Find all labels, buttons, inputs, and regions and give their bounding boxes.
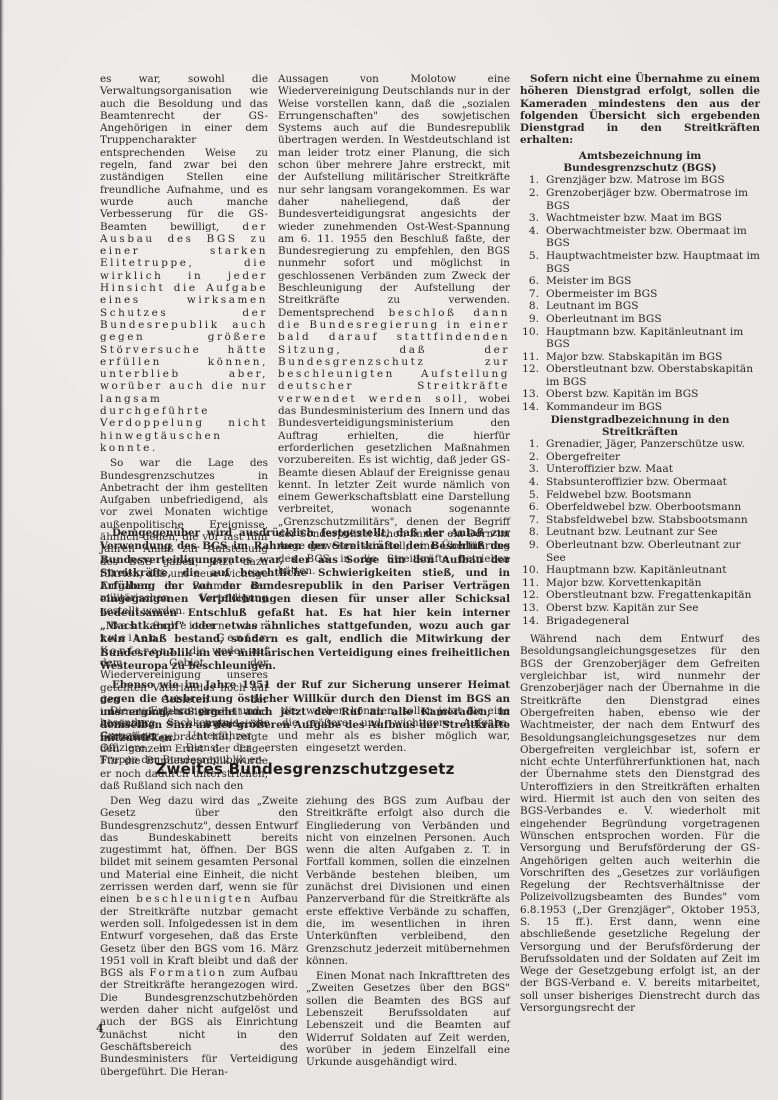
rank-number: 14. [520, 401, 539, 414]
rank-number: 1. [520, 174, 539, 187]
army-rank-heading: Dienstgradbezeichnung in den Streitkräft… [520, 414, 760, 439]
rank-label: Wachtmeister bzw. Maat im BGS [546, 212, 722, 224]
rank-label: Hauptmann bzw. Kapitänleutnant im BGS [546, 326, 743, 351]
spaced-emphasis: Formation [149, 967, 227, 979]
rank-list-item: 8.Leutnant im BGS [520, 300, 760, 313]
paragraph: ziehung des BGS zum Aufbau der Streitkrä… [306, 795, 510, 967]
rank-number: 4. [520, 225, 539, 238]
rank-list-item: 6.Meister im BGS [520, 275, 760, 288]
rank-number: 12. [520, 589, 539, 602]
rank-number: 9. [520, 539, 539, 552]
text-run: zum Aufbau der Streitkräfte herangezogen… [100, 967, 298, 1077]
rank-label: Stabsunteroffizier bzw. Obermaat [546, 476, 727, 488]
rank-label: Feldwebel bzw. Bootsmann [546, 489, 692, 501]
rank-list-item: 9.Oberleutnant im BGS [520, 313, 760, 326]
rank-list-item: 1.Grenadier, Jäger, Panzerschütze usw. [520, 438, 760, 451]
rank-list-item: 4.Stabsunteroffizier bzw. Obermaat [520, 476, 760, 489]
rank-label: Oberstleutnant bzw. Oberstabskapitän im … [546, 363, 753, 388]
paragraph: Während nach dem Entwurf des Besoldungsa… [520, 633, 760, 1014]
rank-list-item: 13.Oberst bzw. Kapitän im BGS [520, 388, 760, 401]
text-run: es war, sowohl die Verwaltungsorganisati… [100, 73, 268, 233]
column-left-mid: Die Erfahrungen und die besondere Sachke… [100, 705, 298, 766]
rank-label: Hauptwachtmeister bzw. Hauptmaat im BGS [546, 250, 760, 275]
document-page: es war, sowohl die Verwaltungsorganisati… [0, 0, 778, 1100]
rank-label: Oberfeldwebel bzw. Oberbootsmann [546, 501, 741, 513]
rank-number: 14. [520, 615, 539, 628]
rank-number: 7. [520, 288, 539, 301]
rank-number: 8. [520, 526, 539, 539]
rank-number: 2. [520, 187, 539, 200]
rank-list-item: 12.Oberstleutnant bzw. Oberstabskapitän … [520, 363, 760, 388]
rank-label: Major bzw. Stabskapitän im BGS [546, 351, 722, 363]
rank-list-item: 2.Grenzoberjäger bzw. Obermatrose im BGS [520, 187, 760, 212]
rank-label: Leutnant im BGS [546, 300, 638, 312]
bold-paragraph: Demgegenüber wird ausdrücklich festgeste… [100, 527, 510, 673]
column-left-bottom: Den Weg dazu wird das „Zweite Gesetz übe… [100, 795, 298, 1078]
rank-number: 3. [520, 463, 539, 476]
rank-number: 8. [520, 300, 539, 313]
rank-label: Grenzjäger bzw. Matrose im BGS [546, 174, 725, 186]
rank-label: Leutnant bzw. Leutnant zur See [546, 526, 717, 538]
paragraph: Den Weg dazu wird das „Zweite Gesetz übe… [100, 795, 298, 1078]
rank-list-item: 7.Obermeister im BGS [520, 288, 760, 301]
bgs-rank-list: 1.Grenzjäger bzw. Matrose im BGS2.Grenzo… [520, 174, 760, 413]
rank-label: Oberst bzw. Kapitän zur See [546, 602, 699, 614]
paragraph: werben konnten, sollen jetzt für eine gr… [306, 705, 510, 754]
rank-label: Stabsfeldwebel bzw. Stabsbootsmann [546, 514, 748, 526]
rank-list-item: 12.Oberstleutnant bzw. Fregattenkapitän [520, 589, 760, 602]
rank-number: 4. [520, 476, 539, 489]
rank-list-item: 14.Brigadegeneral [520, 615, 760, 628]
rank-intro: Sofern nicht eine Übernahme zu einem höh… [520, 73, 760, 147]
column-right: Sofern nicht eine Übernahme zu einem höh… [520, 73, 760, 1014]
rank-number: 6. [520, 275, 539, 288]
rank-number: 11. [520, 577, 539, 590]
rank-list-item: 8.Leutnant bzw. Leutnant zur See [520, 526, 760, 539]
spaced-emphasis: der Ausbau des BGS zu einer starken Elit… [100, 221, 268, 454]
rank-label: Grenzoberjäger bzw. Obermatrose im BGS [546, 187, 748, 212]
rank-list-item: 11.Major bzw. Korvettenkapitän [520, 577, 760, 590]
rank-list-item: 5.Hauptwachtmeister bzw. Hauptmaat im BG… [520, 250, 760, 275]
rank-label: Meister im BGS [546, 275, 631, 287]
rank-label: Oberstleutnant bzw. Fregattenkapitän [546, 589, 751, 601]
rank-label: Oberleutnant im BGS [546, 313, 662, 325]
rank-list-item: 3.Wachtmeister bzw. Maat im BGS [520, 212, 760, 225]
rank-label: Grenadier, Jäger, Panzerschütze usw. [546, 438, 745, 450]
rank-label: Oberst bzw. Kapitän im BGS [546, 388, 698, 400]
text-run: Den Weg dazu wird das „Zweite Gesetz übe… [100, 795, 298, 905]
paragraph-continued: es war, sowohl die Verwaltungsorganisati… [100, 73, 268, 454]
page-number: 4 [96, 1022, 104, 1035]
paragraph: Die Erfahrungen und die besondere Sachke… [100, 705, 298, 766]
section-heading: Zweites Bundesgrenzschutzgesetz [100, 760, 510, 778]
rank-list-item: 9.Oberleutnant bzw. Oberleutnant zur See [520, 539, 760, 564]
rank-number: 5. [520, 250, 539, 263]
rank-label: Hauptmann bzw. Kapitänleutnant [546, 564, 726, 576]
rank-label: Major bzw. Korvettenkapitän [546, 577, 701, 589]
rank-number: 7. [520, 514, 539, 527]
rank-number: 13. [520, 602, 539, 615]
scan-edge-shadow [0, 0, 4, 1100]
rank-list-item: 7.Stabsfeldwebel bzw. Stabsbootsmann [520, 514, 760, 527]
army-rank-list: 1.Grenadier, Jäger, Panzerschütze usw.2.… [520, 438, 760, 627]
rank-list-item: 3.Unteroffizier bzw. Maat [520, 463, 760, 476]
rank-number: 11. [520, 351, 539, 364]
rank-list-item: 11.Major bzw. Stabskapitän im BGS [520, 351, 760, 364]
text-run: Aussagen von Molotow eine Wiedervereinig… [278, 73, 510, 319]
rank-label: Unteroffizier bzw. Maat [546, 463, 673, 475]
rank-number: 12. [520, 363, 539, 376]
paragraph: Aussagen von Molotow eine Wiedervereinig… [278, 73, 510, 577]
rank-label: Obermeister im BGS [546, 288, 657, 300]
rank-list-item: 10.Hauptmann bzw. Kapitänleutnant [520, 564, 760, 577]
rank-list-item: 6.Oberfeldwebel bzw. Oberbootsmann [520, 501, 760, 514]
rank-number: 10. [520, 564, 539, 577]
rank-number: 9. [520, 313, 539, 326]
column-middle-top: Aussagen von Molotow eine Wiedervereinig… [278, 73, 510, 577]
rank-number: 6. [520, 501, 539, 514]
rank-list-item: 13.Oberst bzw. Kapitän zur See [520, 602, 760, 615]
rank-list-item: 1.Grenzjäger bzw. Matrose im BGS [520, 174, 760, 187]
spaced-emphasis: beschloß dann die Bundesregierung in ein… [278, 307, 510, 405]
spaced-emphasis: beschleunigten [136, 893, 253, 905]
bgs-rank-heading: Amtsbezeichnung im Bundesgrenzschutz (BG… [520, 150, 760, 175]
rank-label: Oberwachtmeister bzw. Obermaat im BGS [546, 225, 747, 250]
rank-label: Obergefreiter [546, 451, 620, 463]
rank-list-item: 14.Kommandeur im BGS [520, 401, 760, 414]
rank-number: 5. [520, 489, 539, 502]
column-middle-mid: werben konnten, sollen jetzt für eine gr… [306, 705, 510, 754]
column-middle-bottom: ziehung des BGS zum Aufbau der Streitkrä… [306, 795, 510, 1069]
rank-list-item: 4.Oberwachtmeister bzw. Obermaat im BGS [520, 225, 760, 250]
rank-number: 3. [520, 212, 539, 225]
rank-list-item: 2.Obergefreiter [520, 451, 760, 464]
rank-number: 13. [520, 388, 539, 401]
rank-label: Oberleutnant bzw. Oberleutnant zur See [546, 539, 741, 564]
rank-number: 10. [520, 326, 539, 339]
rank-number: 1. [520, 438, 539, 451]
rank-list-item: 10.Hauptmann bzw. Kapitänleutnant im BGS [520, 326, 760, 351]
rank-label: Kommandeur im BGS [546, 401, 662, 413]
paragraph: Einen Monat nach Inkrafttreten des „Zwei… [306, 970, 510, 1068]
rank-list-item: 5.Feldwebel bzw. Bootsmann [520, 489, 760, 502]
rank-number: 2. [520, 451, 539, 464]
rank-label: Brigadegeneral [546, 615, 629, 627]
